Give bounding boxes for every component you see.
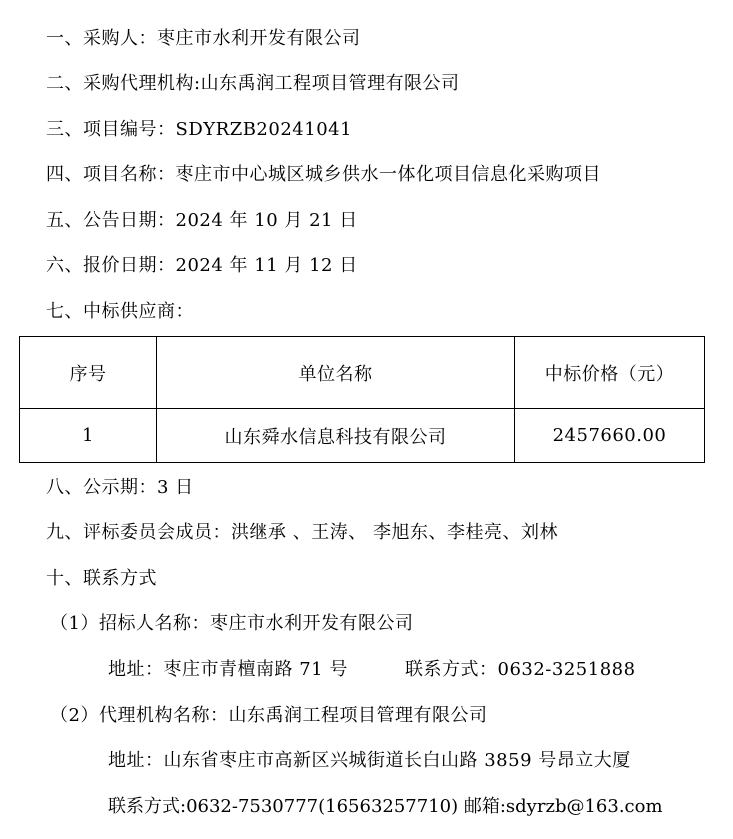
agency-address: 地址：山东省枣庄市高新区兴城街道长白山路 3859 号昂立大厦	[108, 749, 631, 773]
project-name-line: 四、项目名称：枣庄市中心城区城乡供水一体化项目信息化采购项目	[46, 163, 601, 187]
purchaser-line: 一、采购人：枣庄市水利开发有限公司	[46, 27, 361, 51]
winner-heading: 七、中标供应商：	[46, 300, 194, 324]
agency-contact: 联系方式:0632-7530777(16563257710) 邮箱:sdyrzb…	[108, 795, 663, 819]
tenderer-phone: 联系方式：0632-3251888	[405, 658, 636, 682]
project-number-line: 三、项目编号：SDYRZB20241041	[46, 118, 352, 142]
contact-heading: 十、联系方式	[46, 567, 157, 591]
tenderer-address: 地址：枣庄市青檀南路 71 号	[108, 658, 348, 682]
tenderer-name-line: （1）招标人名称：枣庄市水利开发有限公司	[50, 612, 413, 636]
table-header-row: 序号 单位名称 中标价格（元）	[20, 337, 705, 409]
announce-date-line: 五、公告日期：2024 年 10 月 21 日	[46, 209, 358, 233]
committee-line: 九、评标委员会成员：洪继承 、王涛、 李旭东、李桂亮、刘林	[46, 521, 558, 545]
cell-price: 2457660.00	[515, 409, 705, 463]
cell-index: 1	[20, 409, 157, 463]
publicity-line: 八、公示期：3 日	[46, 476, 194, 500]
header-index: 序号	[20, 337, 157, 409]
quote-date-line: 六、报价日期：2024 年 11 月 12 日	[46, 254, 358, 278]
table-row: 1 山东舜水信息科技有限公司 2457660.00	[20, 409, 705, 463]
agency-name-line: （2）代理机构名称：山东禹润工程项目管理有限公司	[50, 704, 487, 728]
header-company: 单位名称	[157, 337, 515, 409]
agency-line: 二、采购代理机构:山东禹润工程项目管理有限公司	[46, 72, 460, 96]
cell-company: 山东舜水信息科技有限公司	[157, 409, 515, 463]
winner-table: 序号 单位名称 中标价格（元） 1 山东舜水信息科技有限公司 2457660.0…	[19, 336, 705, 463]
header-price: 中标价格（元）	[515, 337, 705, 409]
